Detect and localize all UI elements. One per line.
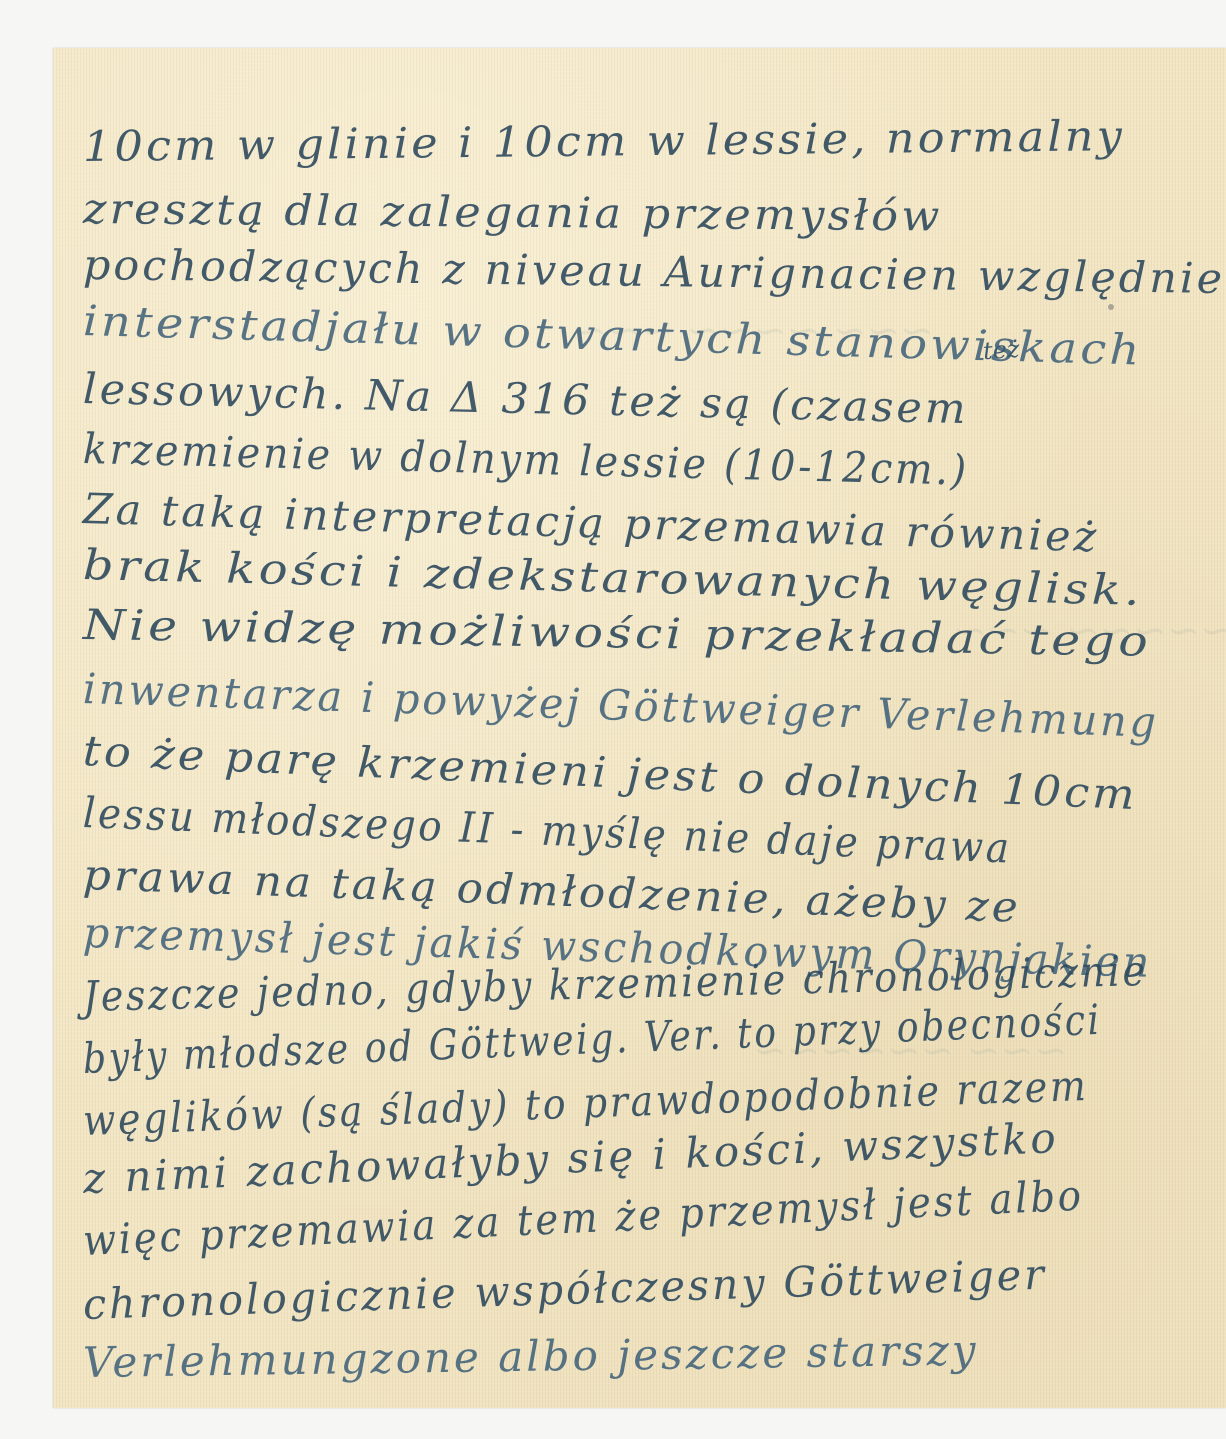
handwritten-line: pochodzących z niveau Aurignacien względ…: [83, 244, 1226, 300]
handwritten-line: zresztą dla zalegania przemysłów: [83, 188, 943, 237]
handwritten-line: krzemienie w dolnym lessie (10-12cm.): [82, 428, 969, 492]
handwritten-line: lessowych. Na Δ 316 też są (czasem: [83, 368, 970, 430]
document-page: ~~~ ~~~~ ~~~ ~~~~~ ~~~ ~~~ ~~~~~~ 10cm w…: [53, 48, 1226, 1408]
handwritten-line: chronologicznie współczesny Göttweiger: [82, 1254, 1047, 1326]
handwritten-line: Nie widzę możliwości przekładać tego: [83, 604, 1152, 663]
interlinear-annotation: też: [982, 337, 1020, 363]
handwritten-line: 10cm w glinie i 10cm w lessie, normalny: [83, 115, 1125, 168]
handwritten-text-body: 10cm w glinie i 10cm w lessie, normalny …: [83, 48, 1223, 1408]
handwritten-line: Verlehmungzone albo jeszcze starszy: [83, 1329, 979, 1384]
